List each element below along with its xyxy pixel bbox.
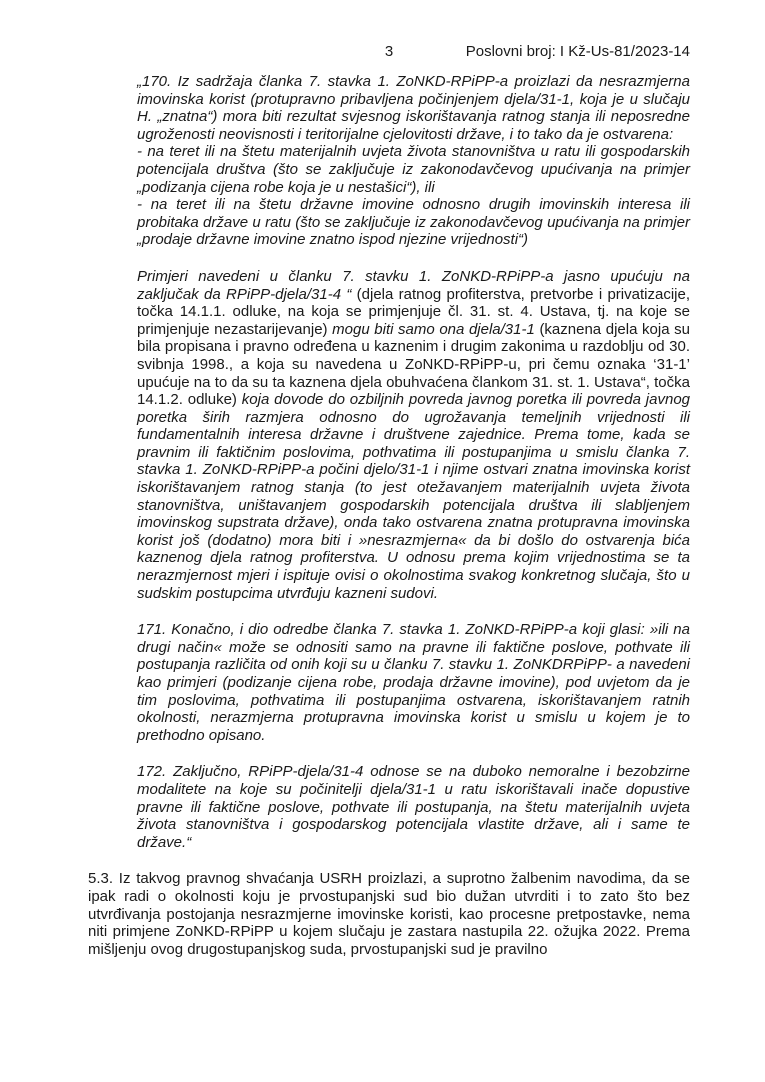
quote-para-172: 172. Zaključno, RPiPP-djela/31-4 odnose …: [137, 763, 690, 851]
quote-para-170-item-1: - na teret ili na štetu materijalnih uvj…: [137, 143, 690, 196]
text-segment: mogu biti samo ona djela/31-1: [332, 321, 539, 338]
text-segment: koja dovode do ozbiljnih povreda javnog …: [137, 391, 690, 602]
text-segment: - na teret ili na štetu materijalnih uvj…: [137, 143, 690, 195]
quote-para-171: 171. Konačno, i dio odredbe članka 7. st…: [137, 621, 690, 744]
case-number: Poslovni broj: I Kž-Us-81/2023-14: [466, 43, 690, 61]
text-segment: - na teret ili na štetu državne imovine …: [137, 196, 690, 248]
text-segment: „170. Iz sadržaja članka 7. stavka 1. Zo…: [137, 73, 690, 143]
text-segment: 171. Konačno, i dio odredbe članka 7. st…: [137, 621, 690, 744]
text-segment: 5.3. Iz takvog pravnog shvaćanja USRH pr…: [88, 870, 690, 957]
quote-para-170-item-2: - na teret ili na štetu državne imovine …: [137, 196, 690, 249]
page-header: 3 Poslovni broj: I Kž-Us-81/2023-14: [88, 43, 690, 61]
text-segment: 172. Zaključno, RPiPP-djela/31-4 odnose …: [137, 763, 690, 850]
quote-para-primjeri: Primjeri navedeni u članku 7. stavku 1. …: [137, 268, 690, 602]
document-page: 3 Poslovni broj: I Kž-Us-81/2023-14 „170…: [0, 0, 765, 1082]
quote-para-170: „170. Iz sadržaja članka 7. stavka 1. Zo…: [137, 73, 690, 143]
document-body: „170. Iz sadržaja članka 7. stavka 1. Zo…: [88, 73, 690, 958]
body-para-5-3: 5.3. Iz takvog pravnog shvaćanja USRH pr…: [88, 870, 690, 958]
